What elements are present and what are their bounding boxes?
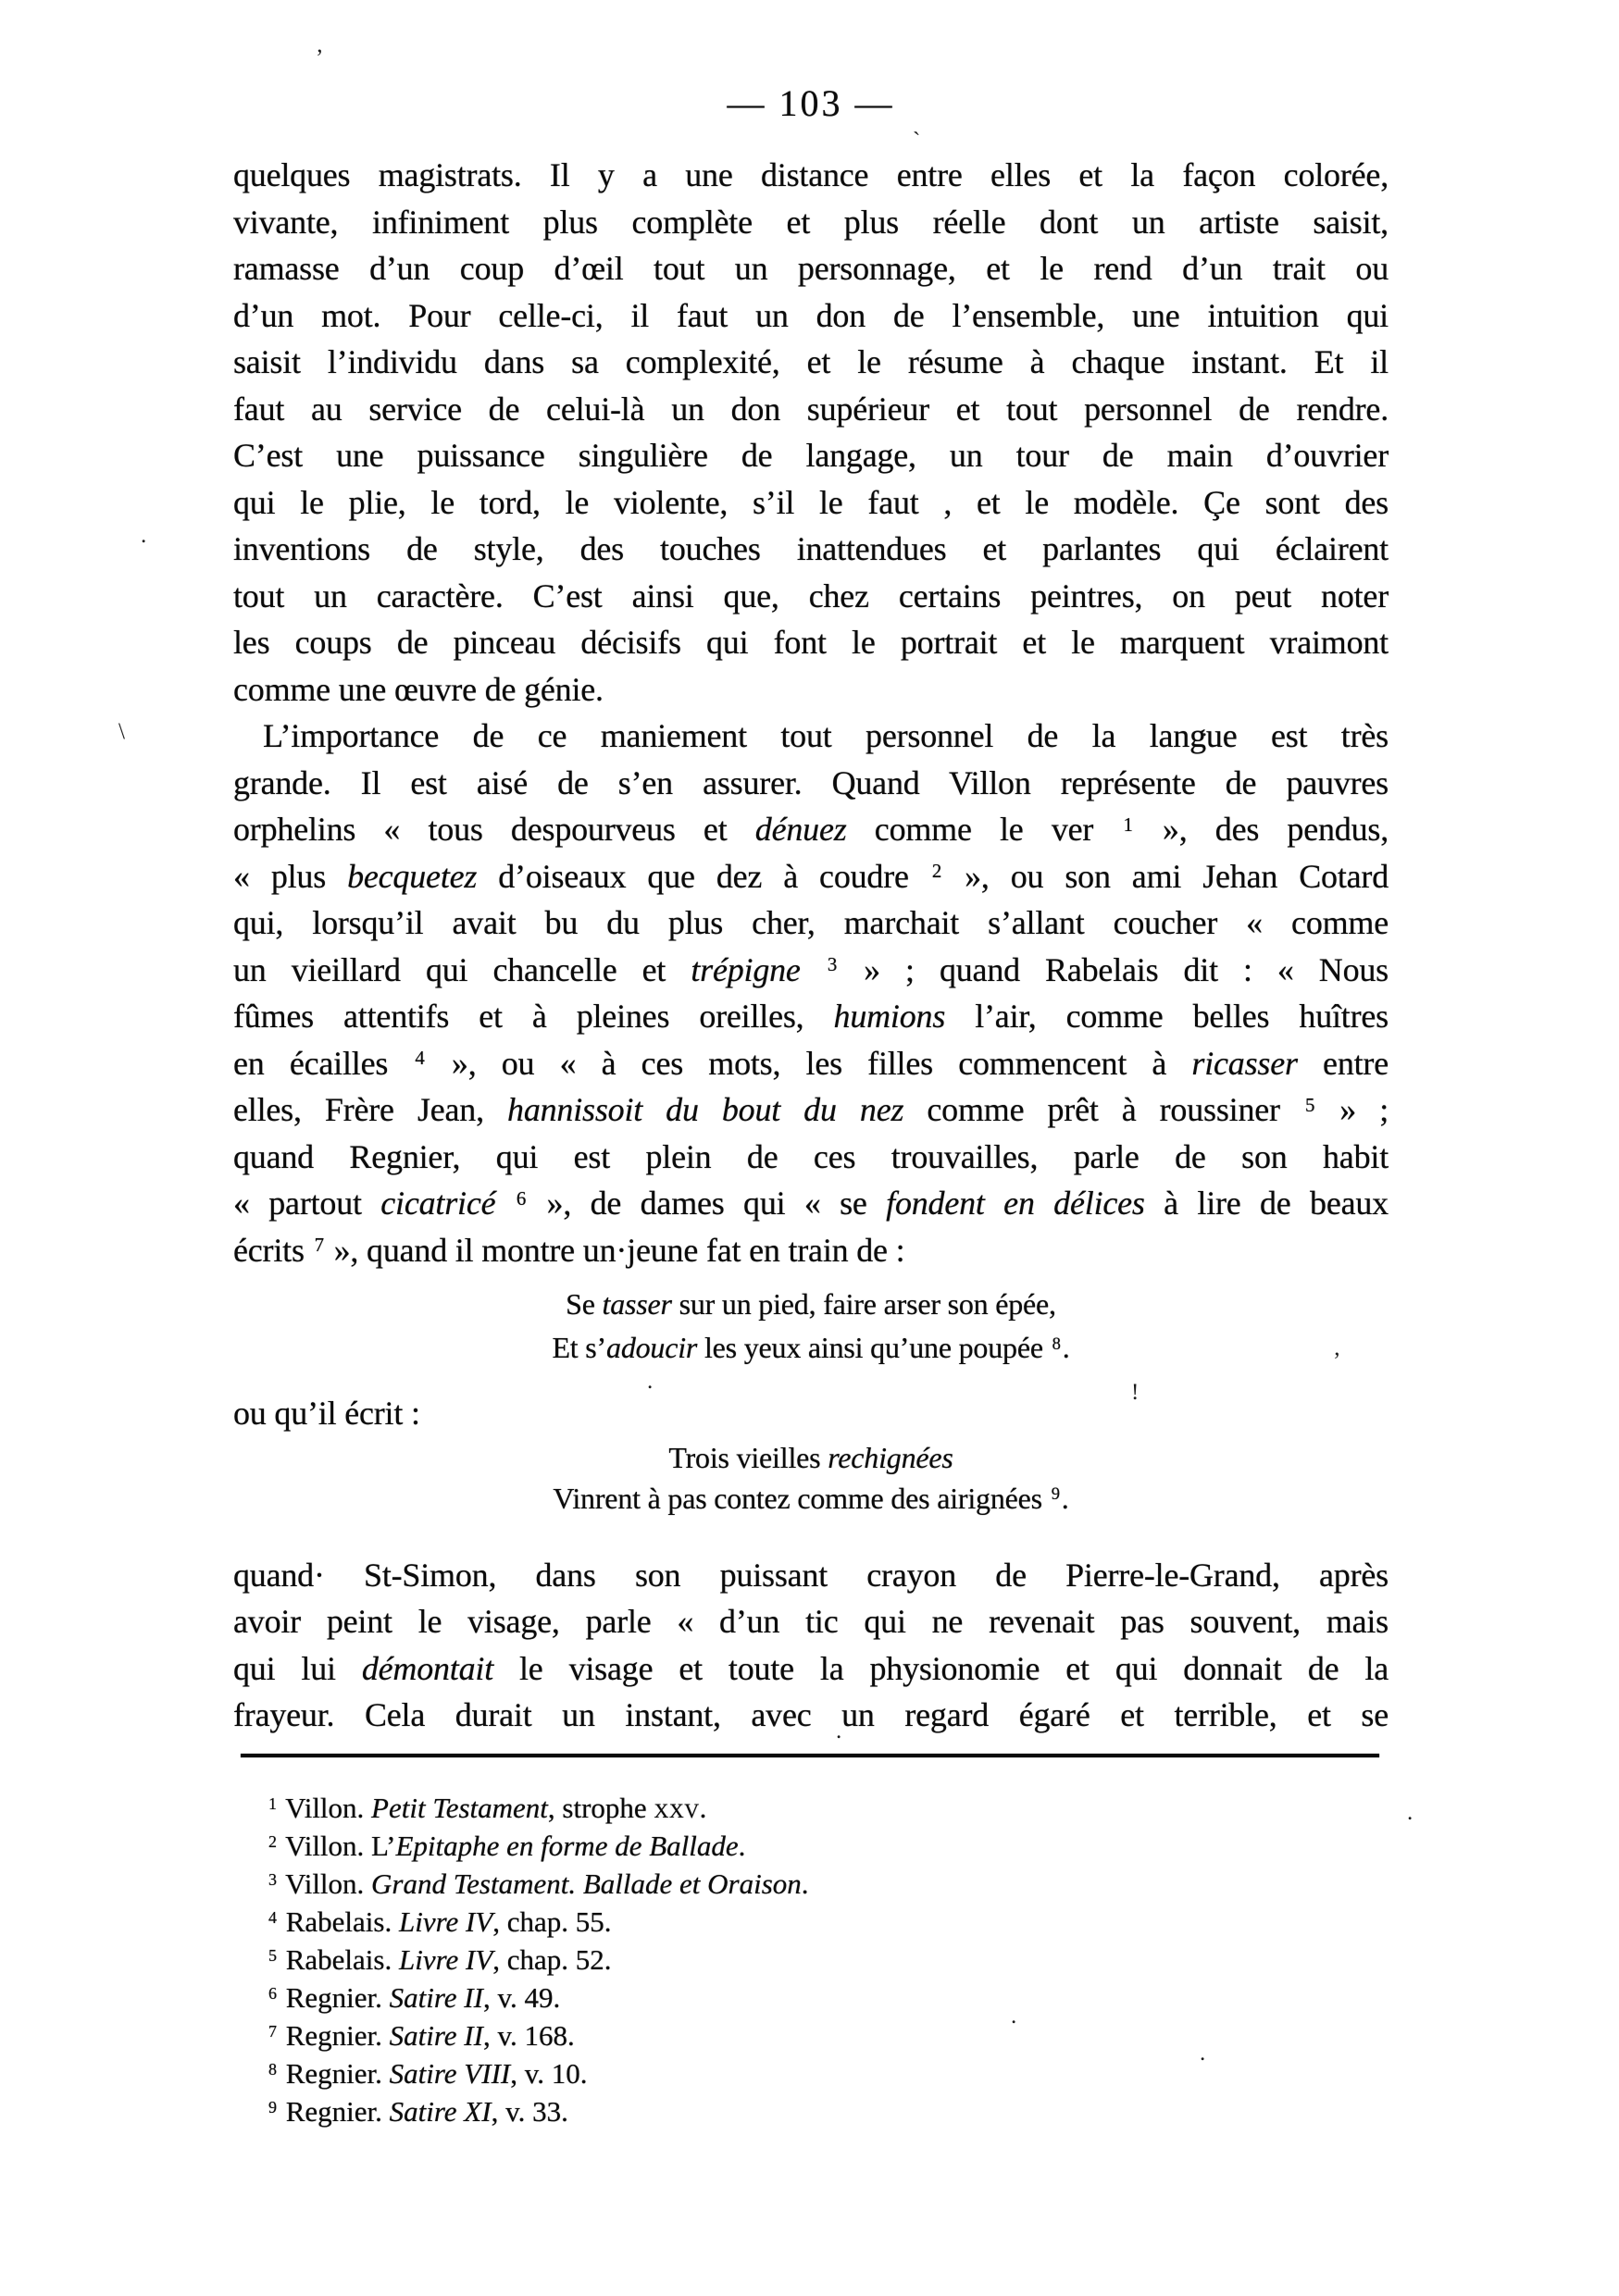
text-line: grande. Il est aisé de s’en assurer. Qua… — [233, 760, 1389, 807]
text-line: vivante, infiniment plus complète et plu… — [233, 199, 1389, 246]
text-line: 1 Villon. Petit Testament, strophe xxv. — [267, 1789, 1389, 1827]
scan-artifact: ` — [913, 130, 920, 153]
text-line: quand· St-Simon, dans son puissant crayo… — [233, 1552, 1389, 1599]
page-number: — 103 — — [233, 81, 1389, 125]
verse-quote-2: Trois vieilles rechignéesVinrent à pas c… — [233, 1437, 1389, 1519]
main-text: quelques magistrats. Il y a une distance… — [233, 152, 1389, 2130]
text-line: elles, Frère Jean, hannissoit du bout du… — [233, 1086, 1389, 1134]
text-line: 5 Rabelais. Livre IV, chap. 52. — [267, 1941, 1389, 1979]
text-line: Vinrent à pas contez comme des airignées… — [233, 1478, 1389, 1519]
scan-artifact: . — [141, 524, 146, 547]
text-line: ou qu’il écrit : — [233, 1390, 1389, 1437]
text-line: un vieillard qui chancelle et trépigne 3… — [233, 947, 1389, 994]
interlude-line: ou qu’il écrit : — [233, 1390, 1389, 1437]
text-line: comme une œuvre de génie. — [233, 666, 1389, 714]
text-line: tout un caractère. C’est ainsi que, chez… — [233, 573, 1389, 620]
footnote-separator — [241, 1754, 1379, 1757]
text-line: qui lui démontait le visage et toute la … — [233, 1645, 1389, 1693]
text-line: 7 Regnier. Satire II, v. 168. — [267, 2017, 1389, 2054]
text-line: qui le plie, le tord, le violente, s’il … — [233, 479, 1389, 527]
text-line: d’un mot. Pour celle-ci, il faut un don … — [233, 292, 1389, 340]
text-line: C’est une puissance singulière de langag… — [233, 432, 1389, 479]
text-line: faut au service de celui-là un don supér… — [233, 386, 1389, 433]
text-line: les coups de pinceau décisifs qui font l… — [233, 619, 1389, 666]
text-line: 4 Rabelais. Livre IV, chap. 55. — [267, 1903, 1389, 1941]
text-line: en écailles 4 », ou « à ces mots, les fi… — [233, 1040, 1389, 1087]
text-line: « plus becquetez d’oiseaux que dez à cou… — [233, 853, 1389, 900]
text-line: Trois vieilles rechignées — [233, 1437, 1389, 1478]
scan-artifact: \ — [118, 720, 125, 743]
paragraph-2: L’importance de ce maniement tout person… — [233, 713, 1389, 1273]
text-line: avoir peint le visage, parle « d’un tic … — [233, 1598, 1389, 1645]
scan-artifact: . — [1407, 1801, 1413, 1824]
text-line: qui, lorsqu’il avait bu du plus cher, ma… — [233, 900, 1389, 947]
verse-quote-1: Se tasser sur un pied, faire arser son é… — [233, 1283, 1389, 1370]
text-line: quand Regnier, qui est plein de ces trou… — [233, 1134, 1389, 1181]
text-line: fûmes attentifs et à pleines oreilles, h… — [233, 993, 1389, 1040]
text-line: 2 Villon. L’Epitaphe en forme de Ballade… — [267, 1827, 1389, 1865]
text-line: saisit l’individu dans sa complexité, et… — [233, 339, 1389, 386]
text-line: « partout cicatricé 6 », de dames qui « … — [233, 1180, 1389, 1227]
text-line: Et s’adoucir les yeux ainsi qu’une poupé… — [233, 1326, 1389, 1370]
text-line: frayeur. Cela durait un instant, avec un… — [233, 1692, 1389, 1739]
paragraph-3: quand· St-Simon, dans son puissant crayo… — [233, 1552, 1389, 1739]
text-line: inventions de style, des touches inatten… — [233, 526, 1389, 573]
text-line: 6 Regnier. Satire II, v. 49. — [267, 1979, 1389, 2017]
text-line: écrits 7 », quand il montre un·jeune fat… — [233, 1227, 1389, 1274]
text-line: 8 Regnier. Satire VIII, v. 10. — [267, 2054, 1389, 2092]
paragraph-1: quelques magistrats. Il y a une distance… — [233, 152, 1389, 713]
text-line: 3 Villon. Grand Testament. Ballade et Or… — [267, 1865, 1389, 1903]
text-line: ramasse d’un coup d’œil tout un personna… — [233, 245, 1389, 292]
text-line: 9 Regnier. Satire XI, v. 33. — [267, 2092, 1389, 2130]
text-line: L’importance de ce maniement tout person… — [233, 713, 1389, 760]
book-page: — 103 — quelques magistrats. Il y a une … — [0, 0, 1619, 2296]
text-line: orphelins « tous despourveus et dénuez c… — [233, 806, 1389, 853]
scan-artifact: ’ — [316, 46, 323, 69]
text-line: quelques magistrats. Il y a une distance… — [233, 152, 1389, 199]
text-line: Se tasser sur un pied, faire arser son é… — [233, 1283, 1389, 1326]
footnotes-list: 1 Villon. Petit Testament, strophe xxv.2… — [233, 1789, 1389, 2130]
